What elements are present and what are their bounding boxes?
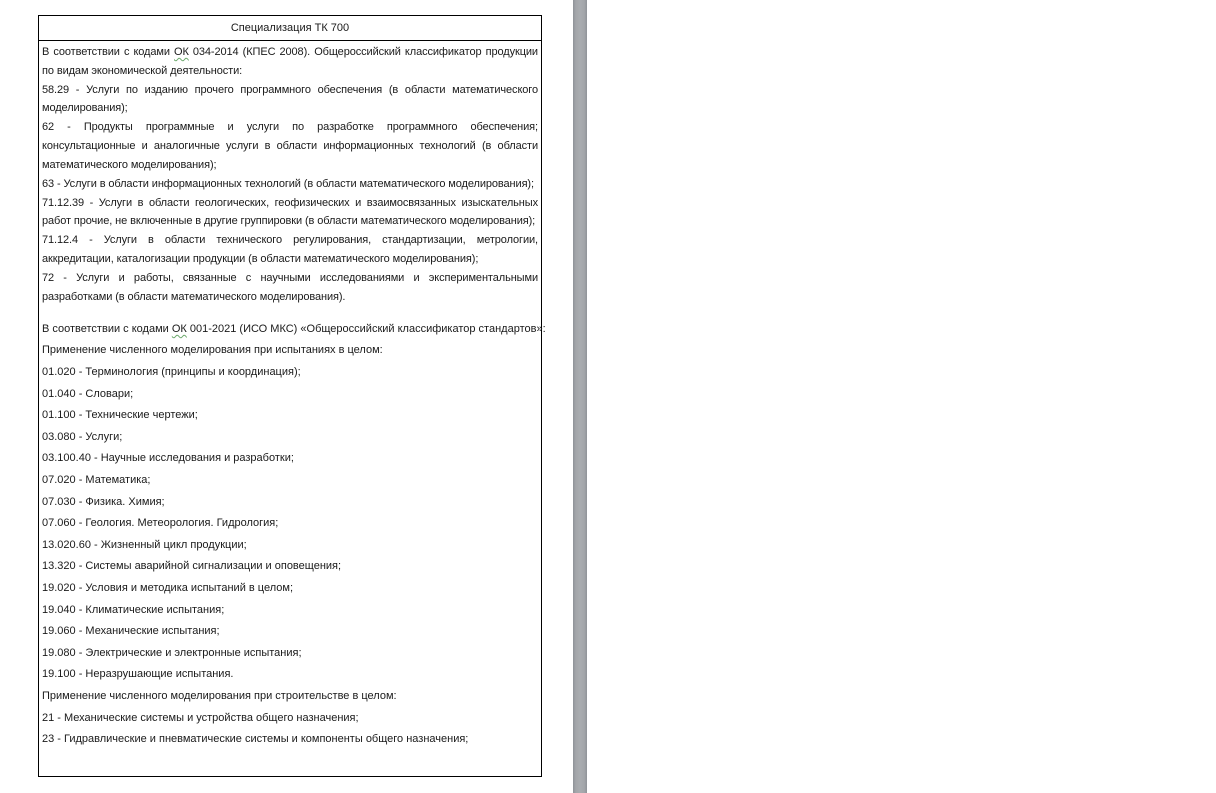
oks-item: 07.030 - Физика. Химия; bbox=[42, 492, 538, 514]
page-gap-divider bbox=[573, 0, 587, 793]
section-heading: Применение численного моделирования при … bbox=[42, 340, 538, 362]
document-page-right: 25 - Машиностроение; 27 - Энергетика и т… bbox=[587, 0, 1216, 793]
okpd-item: 63 - Услуги в области информационных тех… bbox=[42, 175, 538, 194]
oks-item: 19.040 - Климатические испытания; bbox=[42, 600, 538, 622]
oks-item: 19.080 - Электрические и электронные исп… bbox=[42, 643, 538, 665]
oks-item: 19.060 - Механические испытания; bbox=[42, 621, 538, 643]
oks-item: 19.100 - Неразрушающие испытания. bbox=[42, 664, 538, 686]
oks-item: 03.080 - Услуги; bbox=[42, 427, 538, 449]
intro-text: 001-2021 (ИСО МКС) «Общероссийский класс… bbox=[187, 323, 546, 335]
oks-item: 01.040 - Словари; bbox=[42, 384, 538, 406]
okpd-item: 72 - Услуги и работы, связанные с научны… bbox=[42, 269, 538, 306]
oks-item: 01.100 - Технические чертежи; bbox=[42, 405, 538, 427]
oks-item: 07.020 - Математика; bbox=[42, 470, 538, 492]
oks-item: 03.100.40 - Научные исследования и разра… bbox=[42, 448, 538, 470]
table-cell-content: В соответствии с кодами ОК 034-2014 (КПЕ… bbox=[39, 41, 541, 751]
okpd-item: 58.29 - Услуги по изданию прочего програ… bbox=[42, 81, 538, 118]
okpd-item: 62 - Продукты программные и услуги по ра… bbox=[42, 118, 538, 174]
oks-item: 21 - Механические системы и устройства о… bbox=[42, 708, 538, 730]
paragraph-spacer bbox=[42, 307, 538, 319]
table-title: Специализация ТК 700 bbox=[39, 16, 541, 41]
section-heading: Применение численного моделирования при … bbox=[42, 686, 538, 708]
specialization-table-part-1: Специализация ТК 700 В соответствии с ко… bbox=[38, 15, 542, 777]
intro-text: В соответствии с кодами bbox=[42, 46, 174, 58]
okpd-item: 71.12.39 - Услуги в области геологически… bbox=[42, 194, 538, 231]
intro-text: В соответствии с кодами bbox=[42, 323, 172, 335]
okpd-item: 71.12.4 - Услуги в области технического … bbox=[42, 231, 538, 268]
okpd-intro: В соответствии с кодами ОК 034-2014 (КПЕ… bbox=[42, 43, 538, 80]
oks-item: 19.020 - Условия и методика испытаний в … bbox=[42, 578, 538, 600]
oks-item: 01.020 - Терминология (принципы и коорди… bbox=[42, 362, 538, 384]
spellcheck-flagged-word[interactable]: ОК bbox=[172, 323, 187, 335]
oks-item: 13.020.60 - Жизненный цикл продукции; bbox=[42, 535, 538, 557]
oks-intro: В соответствии с кодами ОК 001-2021 (ИСО… bbox=[42, 319, 538, 341]
oks-item: 07.060 - Геология. Метеорология. Гидроло… bbox=[42, 513, 538, 535]
document-page-left: Специализация ТК 700 В соответствии с ко… bbox=[0, 0, 573, 793]
oks-item: 13.320 - Системы аварийной сигнализации … bbox=[42, 556, 538, 578]
oks-item: 23 - Гидравлические и пневматические сис… bbox=[42, 729, 538, 751]
spellcheck-flagged-word[interactable]: ОК bbox=[174, 46, 189, 58]
